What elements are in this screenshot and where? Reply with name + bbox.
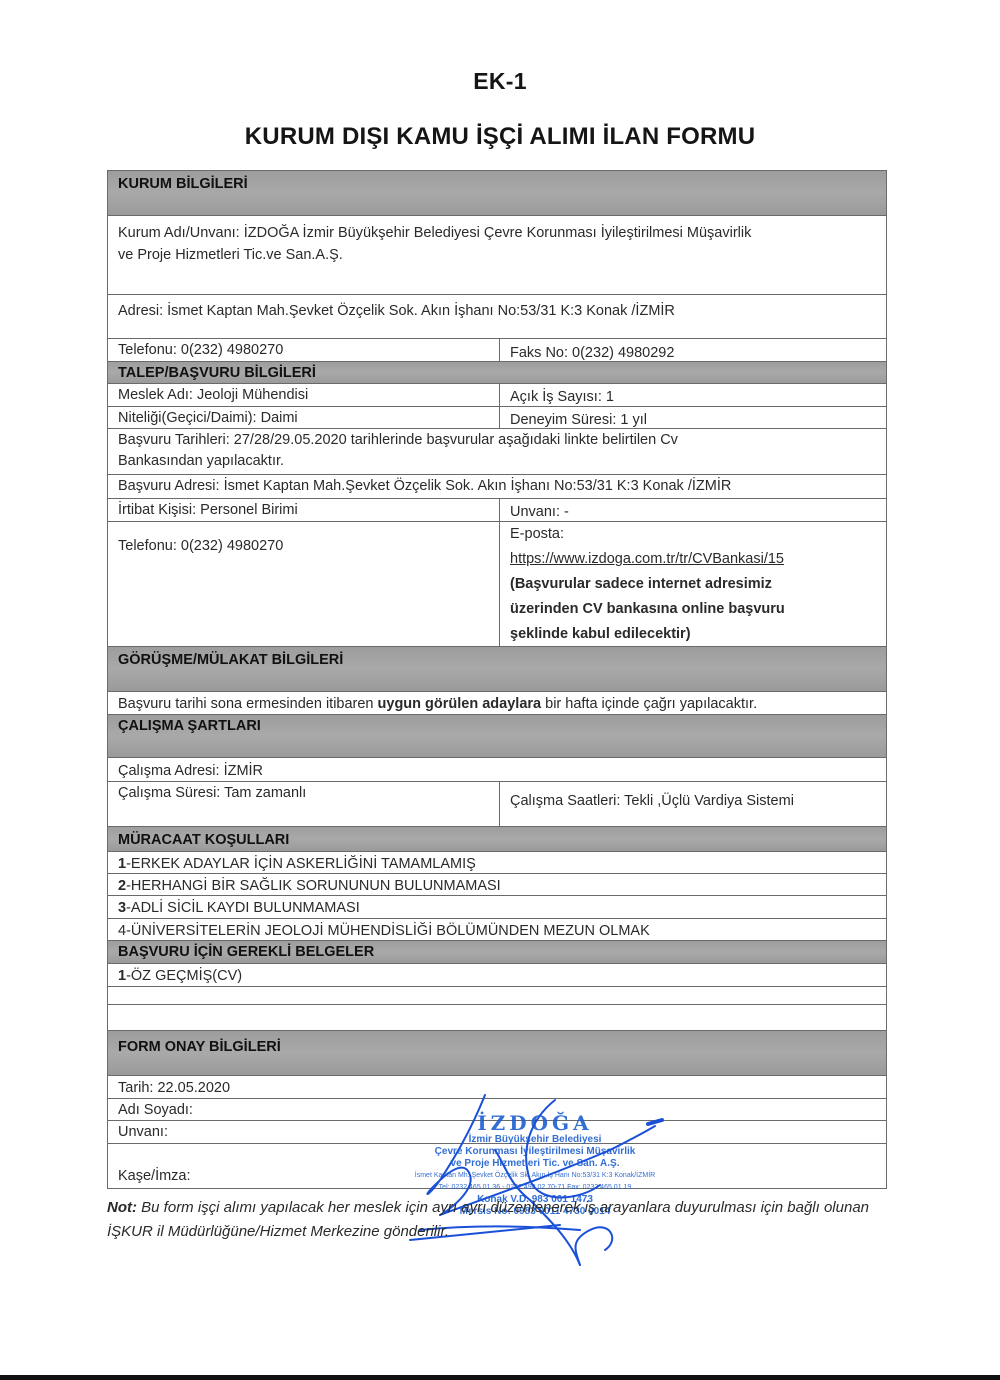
nature: Niteliği(Geçici/Daimi): Daimi — [108, 407, 500, 428]
email-note-2: üzerinden CV bankasına online başvuru — [510, 597, 876, 622]
approval-date-row: Tarih: 22.05.2020 — [108, 1076, 886, 1099]
contact-phone-email-row: Telefonu: 0(232) 4980270 E-posta: https:… — [108, 522, 886, 647]
requirement-item: 2-HERHANGİ BİR SAĞLIK SORUNUNUN BULUNMAM… — [108, 874, 886, 896]
contact-title: Unvanı: - — [500, 499, 886, 521]
contact-person: İrtibat Kişisi: Personel Birimi — [108, 499, 500, 521]
work-duration-row: Çalışma Süresi: Tam zamanlı Çalışma Saat… — [108, 782, 886, 827]
section-header-calisma: ÇALIŞMA ŞARTLARI — [108, 715, 886, 758]
email-label: E-posta: — [510, 522, 876, 547]
application-address-row: Başvuru Adresi: İsmet Kaptan Mah.Şevket … — [108, 475, 886, 499]
nature-row: Niteliği(Geçici/Daimi): Daimi Deneyim Sü… — [108, 407, 886, 429]
institution-fax: Faks No: 0(232) 4980292 — [500, 339, 886, 361]
work-address: Çalışma Adresi: İZMİR — [108, 758, 886, 781]
cv-bank-link[interactable]: https://www.izdoga.com.tr/tr/CVBankasi/1… — [510, 547, 876, 572]
open-positions: Açık İş Sayısı: 1 — [500, 384, 886, 406]
interview-info-row: Başvuru tarihi sona ermesinden itibaren … — [108, 692, 886, 715]
contact-person-row: İrtibat Kişisi: Personel Birimi Unvanı: … — [108, 499, 886, 522]
section-header-gorusme: GÖRÜŞME/MÜLAKAT BİLGİLERİ — [108, 647, 886, 692]
annex-label: EK-1 — [0, 68, 1000, 95]
email-note-3: şeklinde kabul edilecektir) — [510, 622, 876, 647]
application-dates-line1: Başvuru Tarihleri: 27/28/29.05.2020 tari… — [118, 430, 876, 451]
email-note-1: (Başvurular sadece internet adresimiz — [510, 572, 876, 597]
job-posting-form: KURUM BİLGİLERİ Kurum Adı/Unvanı: İZDOĞA… — [107, 170, 887, 1189]
section-header-belgeler: BAŞVURU İÇİN GEREKLİ BELGELER — [108, 941, 886, 964]
occupation: Meslek Adı: Jeoloji Mühendisi — [108, 384, 500, 406]
interview-info: Başvuru tarihi sona ermesinden itibaren … — [108, 692, 886, 714]
application-dates-line2: Bankasından yapılacaktır. — [118, 451, 876, 472]
section-header-onay: FORM ONAY BİLGİLERİ — [108, 1031, 886, 1076]
institution-contact-row: Telefonu: 0(232) 4980270 Faks No: 0(232)… — [108, 339, 886, 362]
requirement-item: 3-ADLİ SİCİL KAYDI BULUNMAMASI — [108, 896, 886, 919]
section-header-muracaat: MÜRACAAT KOŞULLARI — [108, 827, 886, 852]
contact-phone: Telefonu: 0(232) 4980270 — [108, 522, 500, 646]
application-address: Başvuru Adresi: İsmet Kaptan Mah.Şevket … — [108, 475, 886, 498]
institution-phone: Telefonu: 0(232) 4980270 — [108, 339, 500, 361]
requirement-item: 1-ERKEK ADAYLAR İÇİN ASKERLİĞİNİ TAMAMLA… — [108, 852, 886, 874]
institution-address: Adresi: İsmet Kaptan Mah.Şevket Özçelik … — [108, 295, 886, 338]
requirement-item: 4-ÜNİVERSİTELERİN JEOLOJİ MÜHENDİSLİĞİ B… — [108, 919, 886, 941]
approval-date: Tarih: 22.05.2020 — [108, 1076, 886, 1098]
footer-note: Not: Bu form işçi alımı yapılacak her me… — [107, 1196, 897, 1244]
institution-name-line1: Kurum Adı/Unvanı: İZDOĞA İzmir Büyükşehi… — [118, 222, 876, 244]
work-address-row: Çalışma Adresi: İZMİR — [108, 758, 886, 782]
page-title: KURUM DIŞI KAMU İŞÇİ ALIMI İLAN FORMU — [0, 123, 1000, 151]
application-dates-row: Başvuru Tarihleri: 27/28/29.05.2020 tari… — [108, 429, 886, 475]
experience: Deneyim Süresi: 1 yıl — [500, 407, 886, 428]
institution-name-line2: ve Proje Hizmetleri Tic.ve San.A.Ş. — [118, 244, 876, 266]
institution-address-row: Adresi: İsmet Kaptan Mah.Şevket Özçelik … — [108, 295, 886, 339]
institution-name-row: Kurum Adı/Unvanı: İZDOĞA İzmir Büyükşehi… — [108, 216, 886, 295]
work-duration: Çalışma Süresi: Tam zamanlı — [108, 782, 500, 826]
section-header-kurum: KURUM BİLGİLERİ — [108, 171, 886, 216]
section-header-talep: TALEP/BAŞVURU BİLGİLERİ — [108, 362, 886, 384]
document-item-empty — [108, 1005, 886, 1031]
document-item-empty — [108, 987, 886, 1005]
scan-edge — [0, 1375, 1000, 1380]
occupation-row: Meslek Adı: Jeoloji Mühendisi Açık İş Sa… — [108, 384, 886, 407]
document-item: 1-ÖZ GEÇMİŞ(CV) — [108, 964, 886, 987]
work-hours: Çalışma Saatleri: Tekli ,Üçlü Vardiya Si… — [500, 782, 886, 826]
